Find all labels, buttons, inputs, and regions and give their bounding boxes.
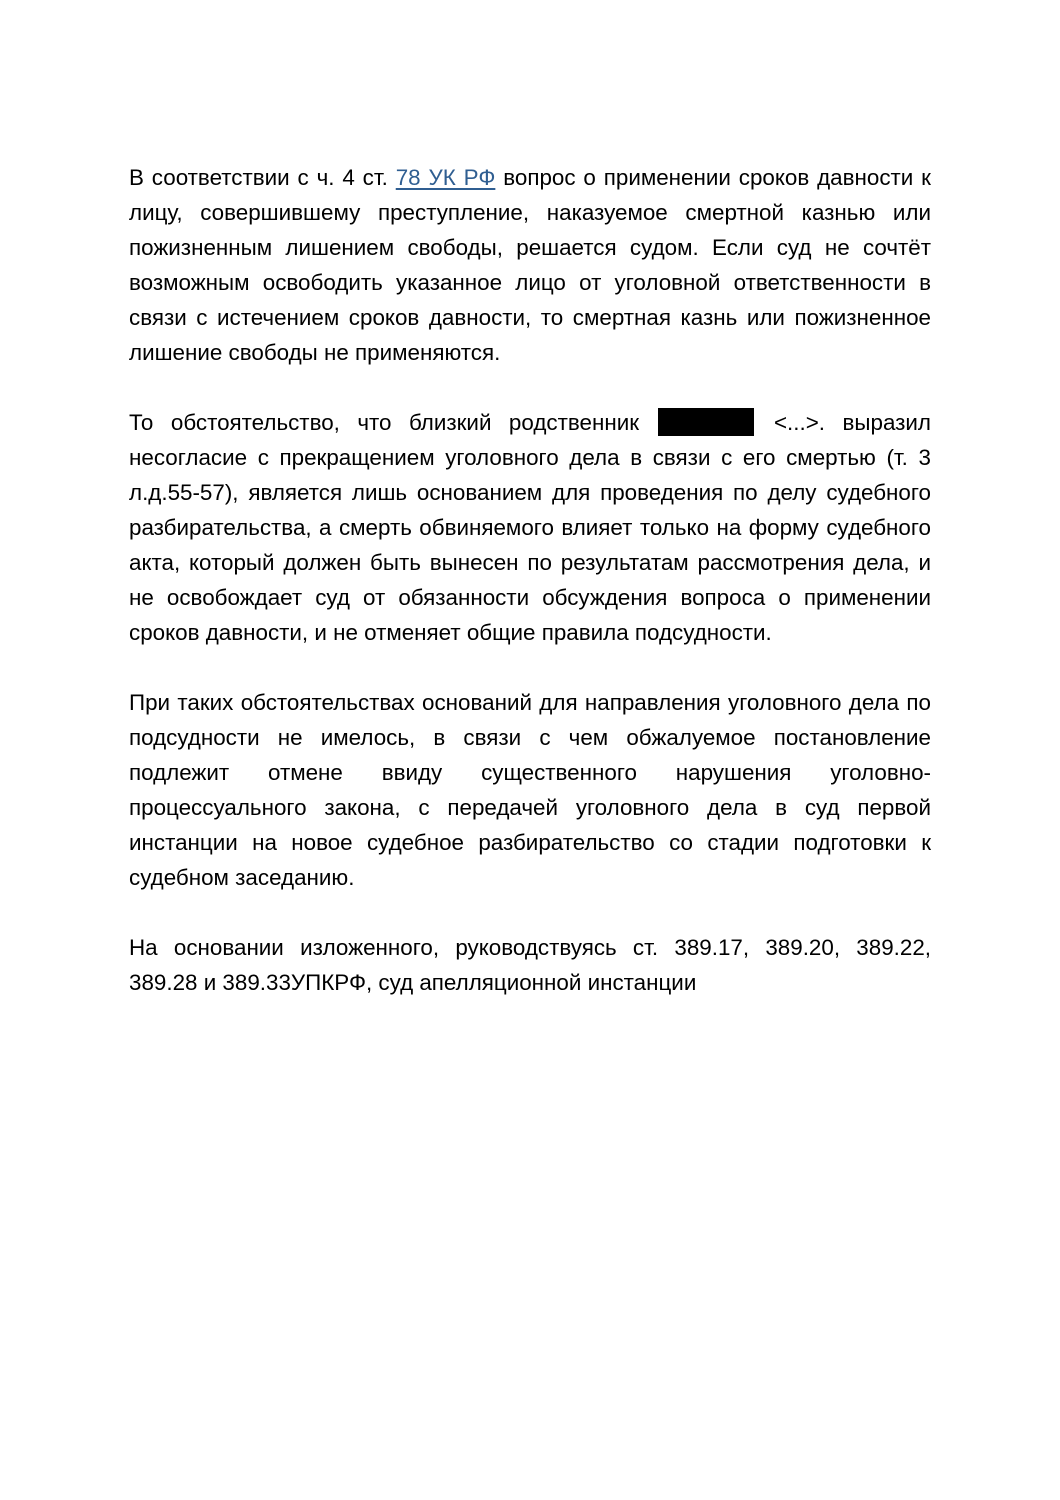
paragraph-legal-basis: На основании изложенного, руководствуясь… xyxy=(129,930,931,1000)
paragraph-jurisdiction-conclusion: При таких обстоятельствах оснований для … xyxy=(129,685,931,895)
paragraph-text: <...>. выразил несогласие с прекращением… xyxy=(129,410,931,645)
redacted-name-block xyxy=(658,408,754,436)
paragraph-text: То обстоятельство, что близкий родственн… xyxy=(129,410,656,435)
paragraph-text: В соответствии с ч. 4 ст. xyxy=(129,165,396,190)
statute-link-78-uk-rf[interactable]: 78 УК РФ xyxy=(396,165,496,190)
document-page: В соответствии с ч. 4 ст. 78 УК РФ вопро… xyxy=(129,160,931,1035)
paragraph-statute-limitations: В соответствии с ч. 4 ст. 78 УК РФ вопро… xyxy=(129,160,931,370)
paragraph-text: вопрос о применении сроков давности к ли… xyxy=(129,165,931,365)
paragraph-relative-objection: То обстоятельство, что близкий родственн… xyxy=(129,405,931,650)
